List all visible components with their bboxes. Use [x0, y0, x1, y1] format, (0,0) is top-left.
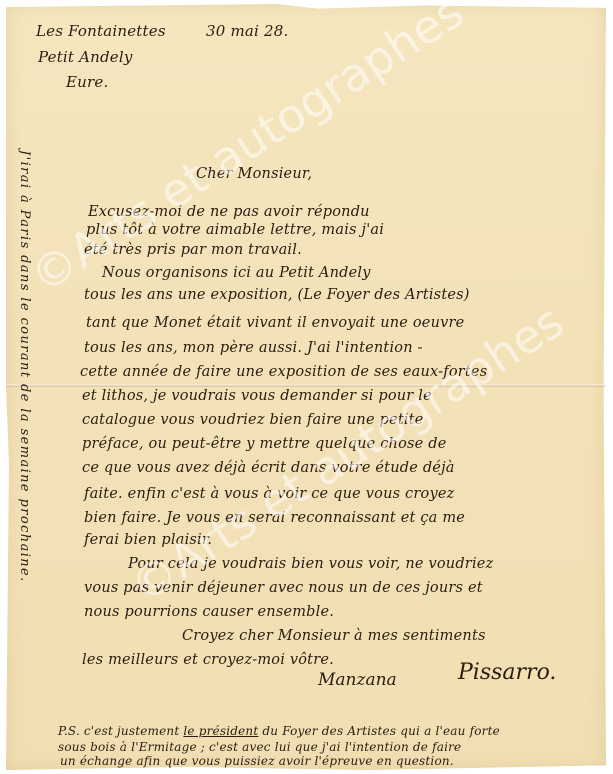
body-line: tous les ans, mon père aussi. J'ai l'int… — [84, 340, 423, 356]
body-line: bien faire. Je vous en serai reconnaissa… — [84, 510, 465, 526]
postscript-line-3: un échange afin que vous puissiez avoir … — [60, 754, 454, 768]
address-line-3: Eure. — [66, 73, 108, 91]
signature-first-name: Manzana — [318, 670, 397, 690]
body-line: Croyez cher Monsieur à mes sentiments — [182, 628, 486, 644]
postscript-underlined: le président — [183, 724, 258, 738]
body-line: faite. enfin c'est à vous à voir ce que … — [84, 486, 454, 502]
date: 30 mai 28. — [206, 22, 288, 40]
postscript-suffix: du Foyer des Artistes qui a l'eau forte — [262, 724, 500, 738]
address-line-1: Les Fontainettes — [36, 22, 166, 40]
postscript-line-2: sous bois à l'Ermitage ; c'est avec lui … — [58, 740, 461, 754]
body-line: nous pourrions causer ensemble. — [84, 604, 334, 620]
body-line: été très pris par mon travail. — [84, 242, 302, 258]
body-line: tant que Monet était vivant il envoyait … — [86, 315, 464, 331]
address-line-2: Petit Andely — [38, 48, 133, 66]
body-line: préface, ou peut-être y mettre quelque c… — [82, 436, 447, 452]
margin-note: J'irai à Paris dans le courant de la sem… — [17, 150, 32, 583]
salutation: Cher Monsieur, — [196, 166, 312, 182]
body-line: ce que vous avez déjà écrit dans votre é… — [82, 460, 455, 476]
body-line: Excusez-moi de ne pas avoir répondu — [88, 204, 370, 220]
body-line: et lithos, je voudrais vous demander si … — [82, 388, 432, 404]
body-line: vous pas venir déjeuner avec nous un de … — [84, 580, 483, 596]
body-line: plus tôt à votre aimable lettre, mais j'… — [86, 222, 384, 238]
body-line: Nous organisons ici au Petit Andely — [102, 265, 371, 281]
body-line: les meilleurs et croyez-moi vôtre. — [82, 652, 334, 668]
body-line: cette année de faire une exposition de s… — [80, 364, 487, 380]
body-line: catalogue vous voudriez bien faire une p… — [82, 412, 424, 428]
body-line: ferai bien plaisir. — [84, 532, 212, 548]
paper-fold-line — [6, 384, 606, 387]
postscript-line-1: P.S. c'est justement le président du Foy… — [58, 724, 500, 738]
signature-last-name: Pissarro. — [458, 660, 556, 685]
body-line: tous les ans une exposition, (Le Foyer d… — [84, 287, 470, 303]
postscript-prefix: P.S. c'est justement — [58, 724, 179, 738]
body-line: Pour cela je voudrais bien vous voir, ne… — [128, 556, 493, 572]
